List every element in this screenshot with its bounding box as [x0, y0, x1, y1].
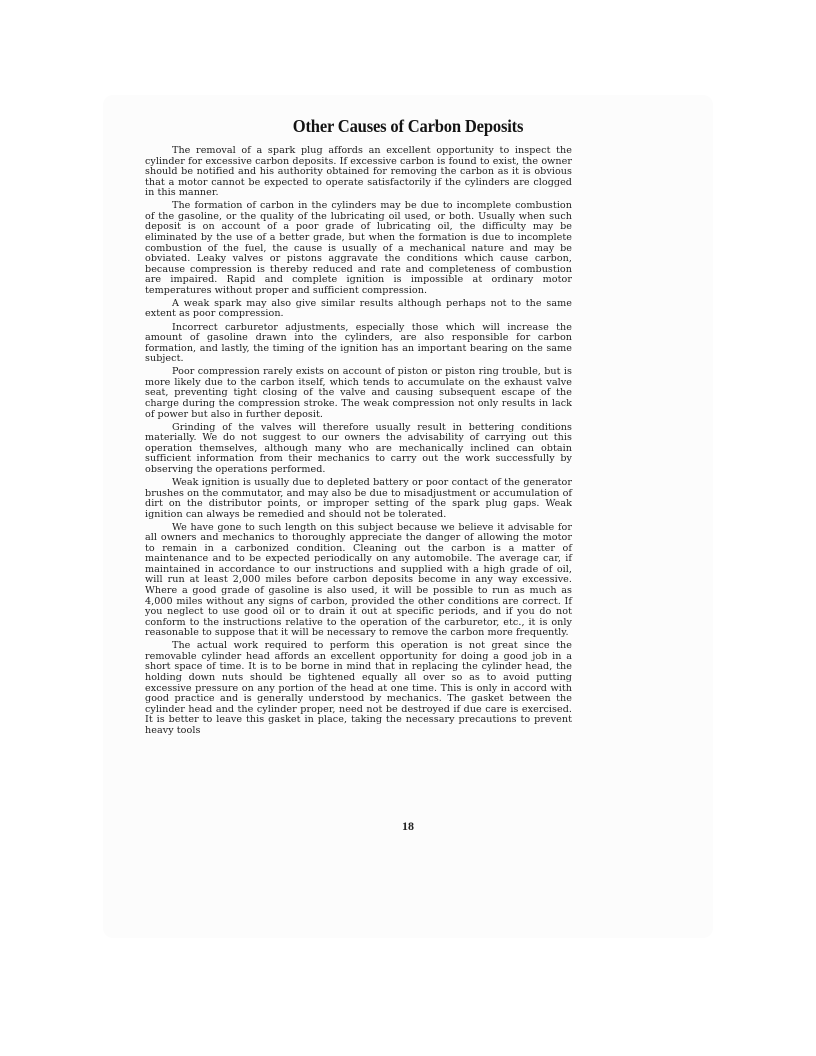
body-text: The removal of a spark plug affords an e… — [145, 146, 572, 739]
page-number: 18 — [0, 819, 816, 834]
paragraph: We have gone to such length on this subj… — [145, 523, 572, 639]
paragraph: Weak ignition is usually due to depleted… — [145, 478, 572, 520]
paragraph: Poor compression rarely exists on accoun… — [145, 367, 572, 420]
paragraph: The formation of carbon in the cylinders… — [145, 201, 572, 296]
paragraph: The removal of a spark plug affords an e… — [145, 146, 572, 199]
paragraph: Grinding of the valves will therefore us… — [145, 423, 572, 476]
page-title: Other Causes of Carbon Deposits — [33, 116, 784, 137]
paragraph: A weak spark may also give similar resul… — [145, 299, 572, 320]
paragraph: Incorrect carburetor adjustments, especi… — [145, 323, 572, 365]
paragraph: The actual work required to perform this… — [145, 641, 572, 736]
